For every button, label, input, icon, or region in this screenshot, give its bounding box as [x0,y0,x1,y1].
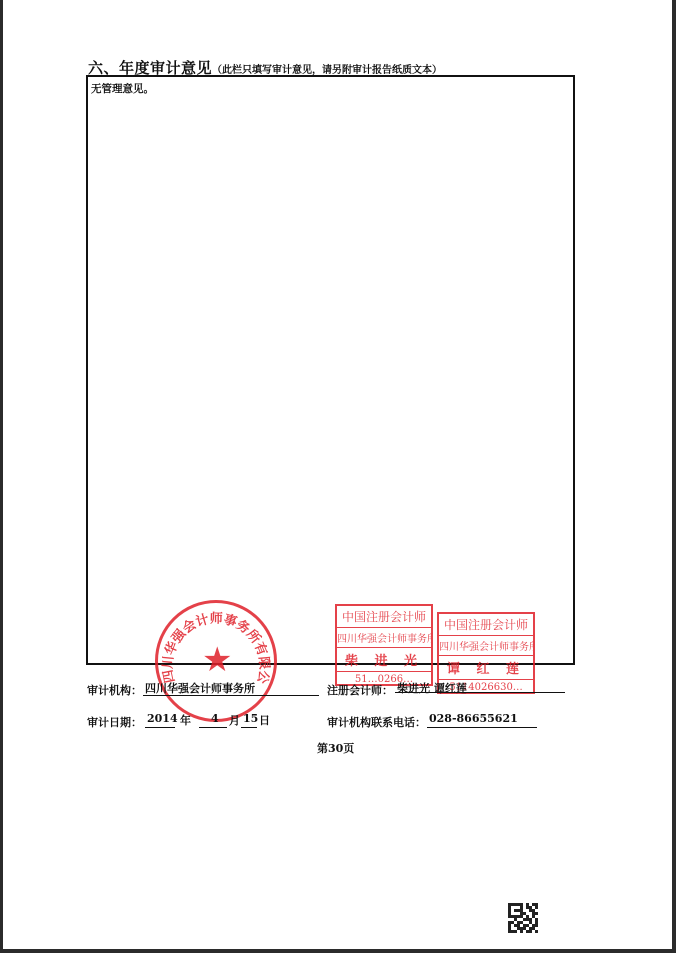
audit-date-year-underline [145,727,175,728]
phone-label: 审计机构联系电话： [327,714,426,730]
audit-date-month: 4 [211,712,219,725]
company-seal-stamp: 四川华强会计师事务所有限公司 ★ [155,600,277,722]
cpa-seal-2-name: 谭 红 莲 [439,656,533,680]
audit-org-underline [143,695,319,696]
audit-date-month-unit: 月 [229,712,240,728]
document-page: 六、年度审计意见（此栏只填写审计意见，请另附审计报告纸质文本） 无管理意见。 四… [3,0,672,949]
audit-org-label: 审计机构： [87,682,142,698]
phone-underline [427,727,537,728]
audit-date-day: 15 [243,712,258,725]
cpa-seal-2-org: 四川华强会计师事务所 [439,636,533,656]
audit-date-label: 审计日期： [87,714,142,730]
cpa-seal-2-title: 中国注册会计师 [439,614,533,636]
audit-date-year: 2014 [147,712,178,725]
qr-code [508,903,538,933]
audit-date-month-underline [199,727,227,728]
page-number: 第30页 [317,740,354,756]
cpa-label: 注册会计师： [327,682,393,698]
star-icon: ★ [202,643,232,677]
cpa-seal-1-title: 中国注册会计师 [337,606,431,628]
audit-org-value: 四川华强会计师事务所 [145,680,255,696]
audit-opinion-text: 无管理意见。 [91,81,154,96]
audit-opinion-box: 无管理意见。 [86,75,575,665]
cpa-seal-1: 中国注册会计师 四川华强会计师事务所 柴 进 光 51…0266… [335,604,433,686]
audit-date-year-unit: 年 [180,712,191,728]
audit-date-day-underline [241,727,257,728]
cpa-seal-1-name: 柴 进 光 [337,648,431,672]
audit-date-day-unit: 日 [259,712,270,728]
cpa-seal-1-org: 四川华强会计师事务所 [337,628,431,648]
cpa-underline [395,692,565,693]
phone-value: 028-86655621 [429,712,518,725]
cpa-value: 柴进光 谭红莲 [397,680,467,696]
